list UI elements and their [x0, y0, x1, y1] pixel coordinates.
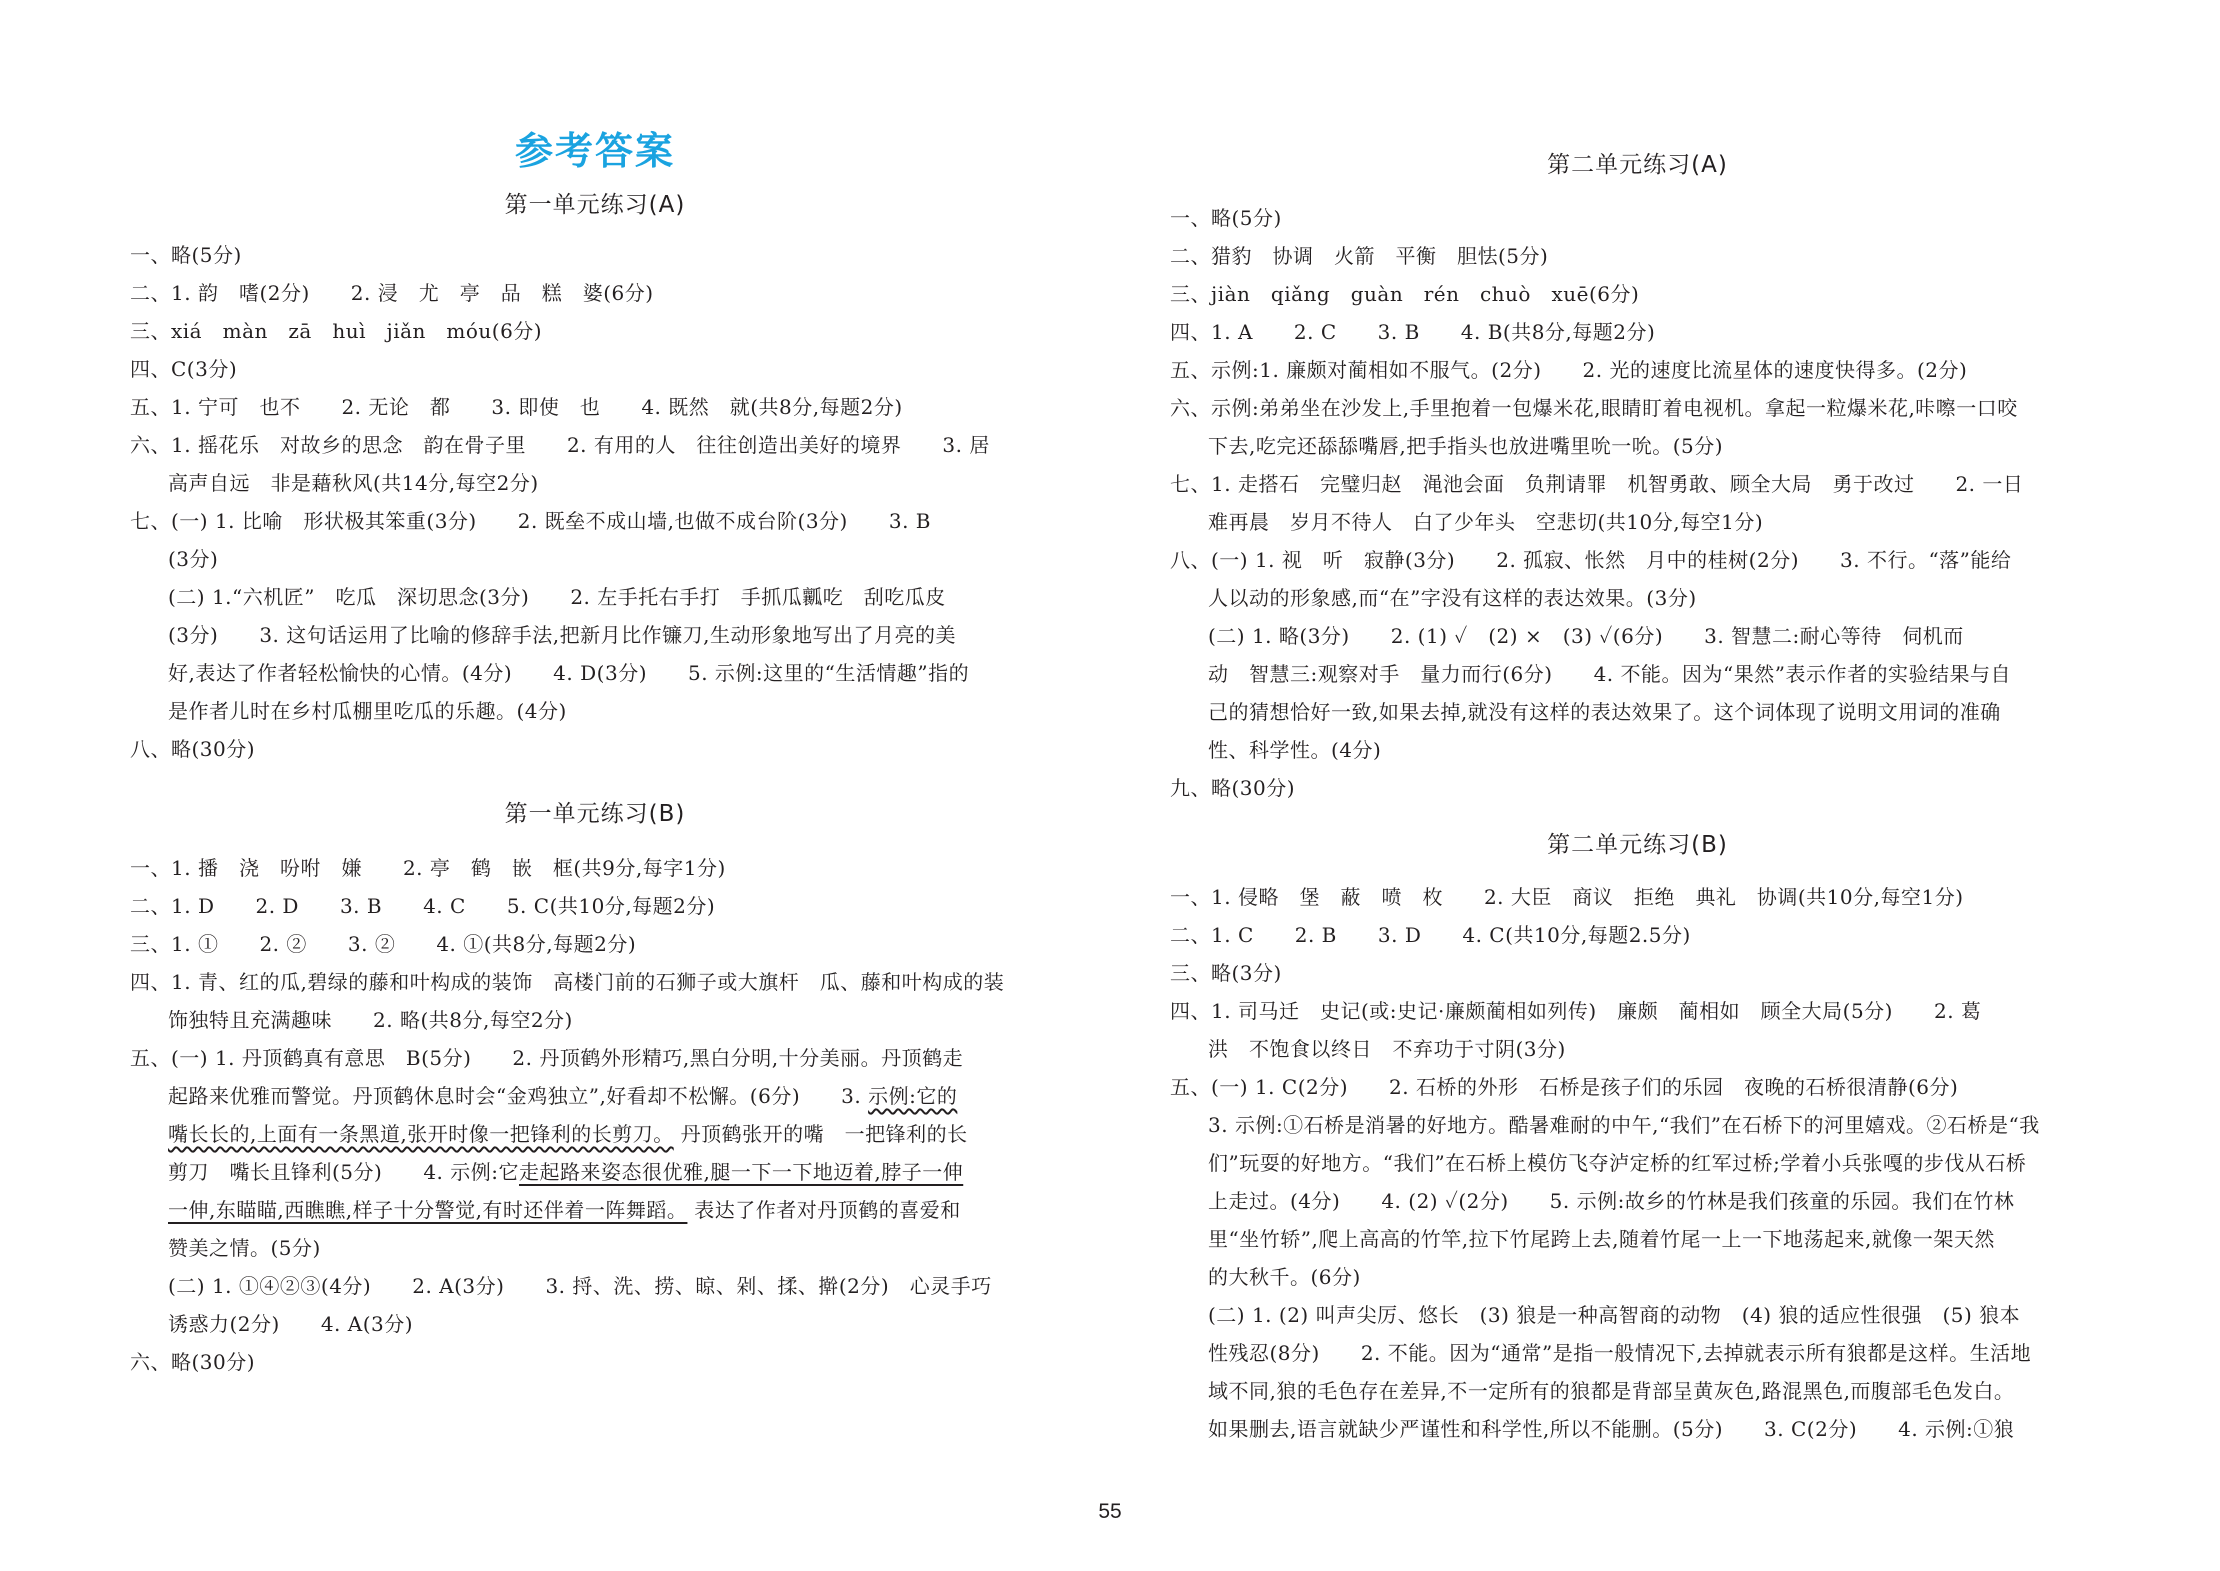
answer-text: 表达了作者对丹顶鹤的喜爱和 — [694, 1198, 961, 1222]
answer-line: 二、1. D 2. D 3. B 4. C 5. C(共10分,每题2分) — [130, 887, 1060, 925]
answer-line: 难再晨 岁月不待人 白了少年头 空悲切(共10分,每空1分) — [1170, 503, 2105, 541]
wavy-underlined-text: 嘴长长的,上面有一条黑道,张开时像一把锋利的长剪刀。 — [168, 1122, 674, 1146]
answer-line: 三、jiàn qiǎng guàn rén chuò xuē(6分) — [1170, 275, 2105, 313]
answer-line: 赞美之情。(5分) — [130, 1229, 1060, 1267]
answer-line: 剪刀 嘴长且锋利(5分) 4. 示例:它走起路来姿态很优雅,腿一下一下地迈着,脖… — [130, 1153, 1060, 1191]
page-number: 55 — [0, 1500, 2220, 1524]
answer-line: 域不同,狼的毛色存在差异,不一定所有的狼都是背部呈黄灰色,路混黑色,而腹部毛色发… — [1170, 1372, 2105, 1410]
answer-line: 一、1. 侵略 堡 蔽 喷 枚 2. 大臣 商议 拒绝 典礼 协调(共10分,每… — [1170, 878, 2105, 916]
answer-line: 性残忍(8分) 2. 不能。因为“通常”是指一般情况下,去掉就表示所有狼都是这样… — [1170, 1334, 2105, 1372]
answer-line: 里“坐竹轿”,爬上高高的竹竿,拉下竹尾跨上去,随着竹尾一上一下地荡起来,就像一架… — [1170, 1220, 2105, 1258]
answer-line: 六、1. 摇花乐 对故乡的思念 韵在骨子里 2. 有用的人 往往创造出美好的境界… — [130, 426, 1060, 464]
wavy-underlined-text: 示例:它的 — [868, 1084, 957, 1108]
answer-line: 四、1. A 2. C 3. B 4. B(共8分,每题2分) — [1170, 313, 2105, 351]
answer-text: 起路来优雅而警觉。丹顶鹤休息时会“金鸡独立”,好看却不松懈。(6分) 3. — [168, 1084, 868, 1108]
section-title-unit1-a: 第一单元练习(A) — [130, 186, 1060, 219]
answer-line: 人以动的形象感,而“在”字没有这样的表达效果。(3分) — [1170, 579, 2105, 617]
answer-text: 丹顶鹤张开的嘴 一把锋利的长 — [681, 1122, 968, 1146]
answer-line: 二、1. 韵 嗜(2分) 2. 浸 尤 亭 品 糕 婆(6分) — [130, 274, 1060, 312]
answer-line: 六、略(30分) — [130, 1343, 1060, 1381]
underlined-text: 走起路来姿态很优雅,腿一下一下地迈着,脖子一伸 — [519, 1160, 963, 1184]
answer-line: 三、1. ① 2. ② 3. ② 4. ①(共8分,每题2分) — [130, 925, 1060, 963]
answer-line: 二、1. C 2. B 3. D 4. C(共10分,每题2.5分) — [1170, 916, 2105, 954]
section-title-unit2-b: 第二单元练习(B) — [1170, 826, 2105, 859]
answer-line: 二、猎豹 协调 火箭 平衡 胆怯(5分) — [1170, 237, 2105, 275]
answer-line: 六、示例:弟弟坐在沙发上,手里抱着一包爆米花,眼睛盯着电视机。拿起一粒爆米花,咔… — [1170, 389, 2105, 427]
answer-line: 一伸,东瞄瞄,西瞧瞧,样子十分警觉,有时还伴着一阵舞蹈。 表达了作者对丹顶鹤的喜… — [130, 1191, 1060, 1229]
answer-line: 洪 不饱食以终日 不弃功于寸阴(3分) — [1170, 1030, 2105, 1068]
section-body-unit2-a: 一、略(5分) 二、猎豹 协调 火箭 平衡 胆怯(5分) 三、jiàn qiǎn… — [1170, 199, 2105, 807]
answer-line: 四、C(3分) — [130, 350, 1060, 388]
answer-line: (3分) — [130, 540, 1060, 578]
answer-line: 动 智慧三:观察对手 量力而行(6分) 4. 不能。因为“果然”表示作者的实验结… — [1170, 655, 2105, 693]
answer-line: (二) 1. ①④②③(4分) 2. A(3分) 3. 捋、洗、捞、晾、剁、揉、… — [130, 1267, 1060, 1305]
answer-line: 四、1. 司马迁 史记(或:史记·廉颇蔺相如列传) 廉颇 蔺相如 顾全大局(5分… — [1170, 992, 2105, 1030]
answer-line: 好,表达了作者轻松愉快的心情。(4分) 4. D(3分) 5. 示例:这里的“生… — [130, 654, 1060, 692]
answer-line: 上走过。(4分) 4. (2) ✓(2分) 5. 示例:故乡的竹林是我们孩童的乐… — [1170, 1182, 2105, 1220]
section-body-unit1-a: 一、略(5分) 二、1. 韵 嗜(2分) 2. 浸 尤 亭 品 糕 婆(6分) … — [130, 236, 1060, 768]
answer-line: 七、1. 走搭石 完璧归赵 渑池会面 负荆请罪 机智勇敢、顾全大局 勇于改过 2… — [1170, 465, 2105, 503]
answer-line: 三、略(3分) — [1170, 954, 2105, 992]
section-title-unit2-a: 第二单元练习(A) — [1170, 146, 2105, 179]
answer-line: 起路来优雅而警觉。丹顶鹤休息时会“金鸡独立”,好看却不松懈。(6分) 3. 示例… — [130, 1077, 1060, 1115]
section-body-unit2-b: 一、1. 侵略 堡 蔽 喷 枚 2. 大臣 商议 拒绝 典礼 协调(共10分,每… — [1170, 878, 2105, 1448]
answer-line: 三、xiá màn zā huì jiǎn móu(6分) — [130, 312, 1060, 350]
answer-line: 五、示例:1. 廉颇对蔺相如不服气。(2分) 2. 光的速度比流星体的速度快得多… — [1170, 351, 2105, 389]
answer-text: 剪刀 嘴长且锋利(5分) 4. 示例:它 — [168, 1160, 519, 1184]
section-body-unit1-b: 一、1. 播 浇 吩咐 嫌 2. 亭 鹤 嵌 框(共9分,每字1分) 二、1. … — [130, 849, 1060, 1381]
answer-line: 高声自远 非是藉秋风(共14分,每空2分) — [130, 464, 1060, 502]
answer-line: 如果删去,语言就缺少严谨性和科学性,所以不能删。(5分) 3. C(2分) 4.… — [1170, 1410, 2105, 1448]
answer-line: 诱惑力(2分) 4. A(3分) — [130, 1305, 1060, 1343]
answer-line: (3分) 3. 这句话运用了比喻的修辞手法,把新月比作镰刀,生动形象地写出了月亮… — [130, 616, 1060, 654]
answer-line: 九、略(30分) — [1170, 769, 2105, 807]
answer-line: 七、(一) 1. 比喻 形状极其笨重(3分) 2. 既垒不成山墙,也做不成台阶(… — [130, 502, 1060, 540]
answer-line: 四、1. 青、红的瓜,碧绿的藤和叶构成的装饰 高楼门前的石狮子或大旗杆 瓜、藤和… — [130, 963, 1060, 1001]
answer-line: (二) 1.“六机匠” 吃瓜 深切思念(3分) 2. 左手托右手打 手抓瓜瓤吃 … — [130, 578, 1060, 616]
answer-line: 下去,吃完还舔舔嘴唇,把手指头也放进嘴里吮一吮。(5分) — [1170, 427, 2105, 465]
answer-line: 一、略(5分) — [1170, 199, 2105, 237]
answer-line: 的大秋千。(6分) — [1170, 1258, 2105, 1296]
answer-line: 八、略(30分) — [130, 730, 1060, 768]
answer-line: 己的猜想恰好一致,如果去掉,就没有这样的表达效果了。这个词体现了说明文用词的准确 — [1170, 693, 2105, 731]
answer-line: 一、1. 播 浇 吩咐 嫌 2. 亭 鹤 嵌 框(共9分,每字1分) — [130, 849, 1060, 887]
answer-line: 八、(一) 1. 视 听 寂静(3分) 2. 孤寂、怅然 月中的桂树(2分) 3… — [1170, 541, 2105, 579]
answer-line: 性、科学性。(4分) — [1170, 731, 2105, 769]
answer-line: 一、略(5分) — [130, 236, 1060, 274]
section-title-unit1-b: 第一单元练习(B) — [130, 795, 1060, 828]
answer-line: 饰独特且充满趣味 2. 略(共8分,每空2分) — [130, 1001, 1060, 1039]
answer-line: 是作者儿时在乡村瓜棚里吃瓜的乐趣。(4分) — [130, 692, 1060, 730]
answer-line: (二) 1. 略(3分) 2. (1) ✓ (2) × (3) ✓(6分) 3.… — [1170, 617, 2105, 655]
underlined-text: 一伸,东瞄瞄,西瞧瞧,样子十分警觉,有时还伴着一阵舞蹈。 — [168, 1198, 687, 1222]
answer-line: 们”玩耍的好地方。“我们”在石桥上模仿飞夺泸定桥的红军过桥;学着小兵张嘎的步伐从… — [1170, 1144, 2105, 1182]
answer-line: (二) 1. (2) 叫声尖厉、悠长 (3) 狼是一种高智商的动物 (4) 狼的… — [1170, 1296, 2105, 1334]
answer-line: 五、(一) 1. C(2分) 2. 石桥的外形 石桥是孩子们的乐园 夜晚的石桥很… — [1170, 1068, 2105, 1106]
answer-line: 五、1. 宁可 也不 2. 无论 都 3. 即使 也 4. 既然 就(共8分,每… — [130, 388, 1060, 426]
page-title: 参考答案 — [130, 120, 1060, 175]
answer-line: 3. 示例:①石桥是消暑的好地方。酷暑难耐的中午,“我们”在石桥下的河里嬉戏。②… — [1170, 1106, 2105, 1144]
answer-line: 嘴长长的,上面有一条黑道,张开时像一把锋利的长剪刀。 丹顶鹤张开的嘴 一把锋利的… — [130, 1115, 1060, 1153]
answer-line: 五、(一) 1. 丹顶鹤真有意思 B(5分) 2. 丹顶鹤外形精巧,黑白分明,十… — [130, 1039, 1060, 1077]
